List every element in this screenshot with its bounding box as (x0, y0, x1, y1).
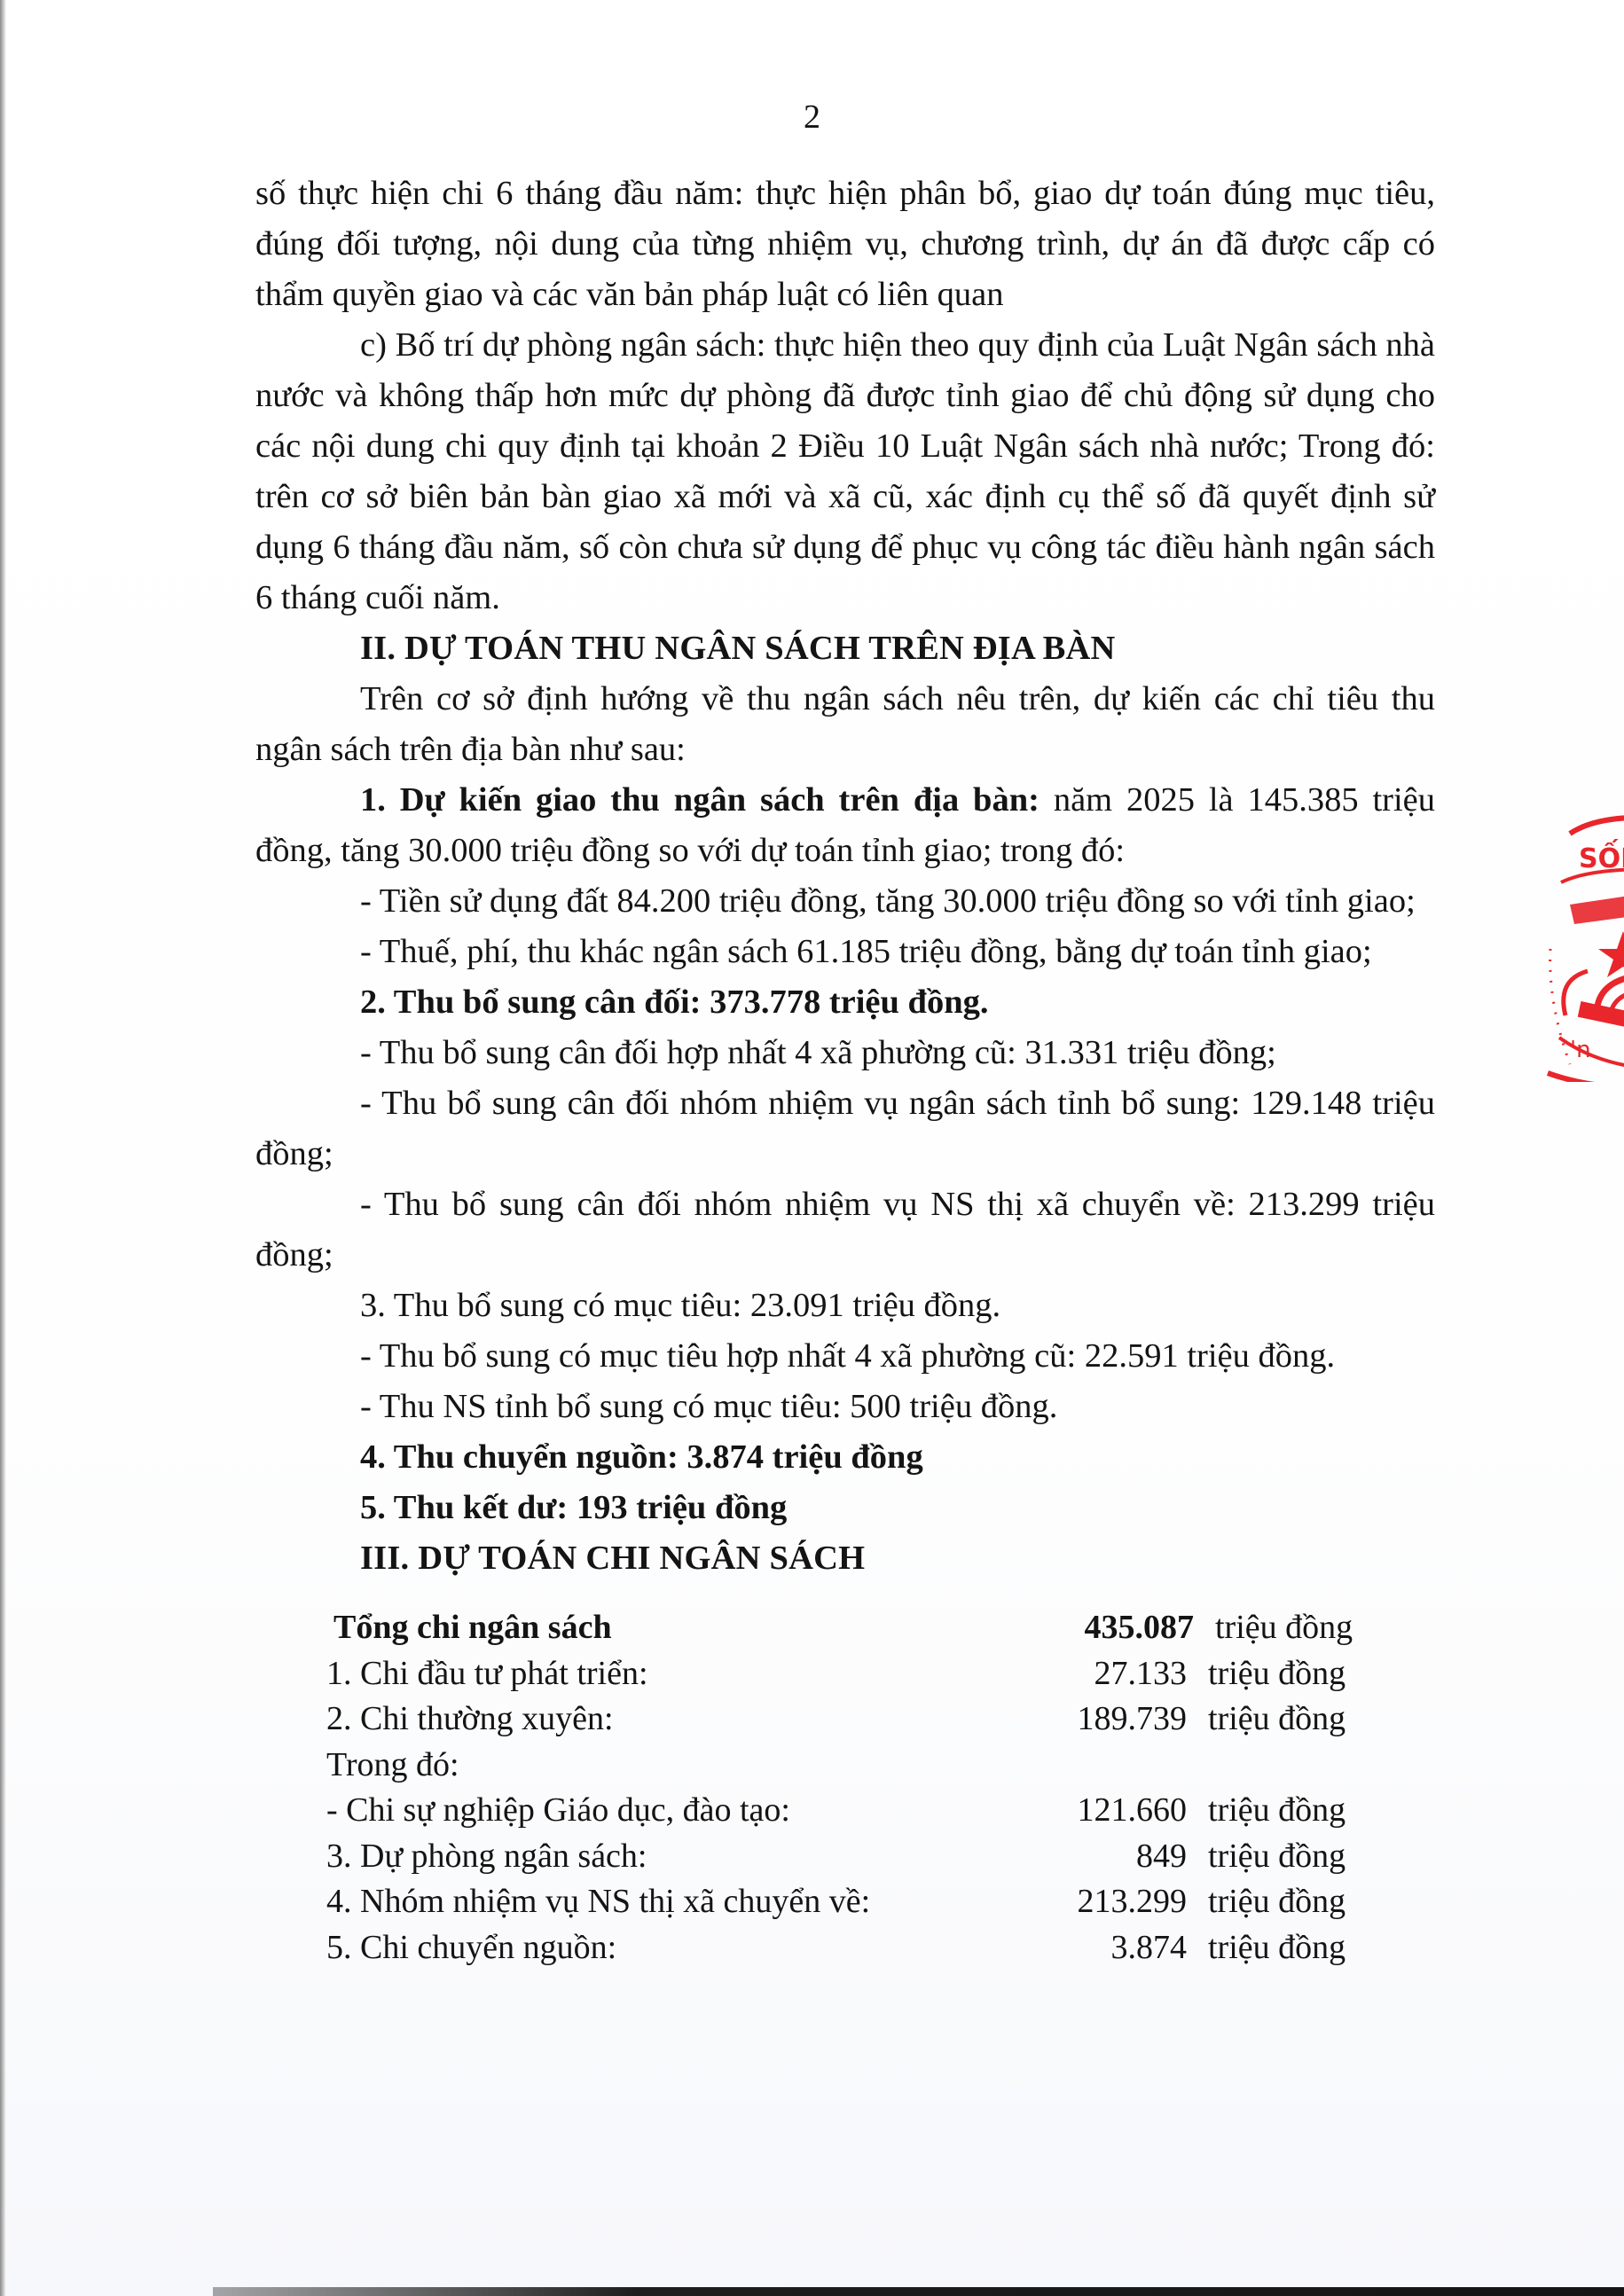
revenue-item-1-label: 1. Dự kiến giao thu ngân sách trên địa b… (360, 781, 1040, 819)
spending-value: 3.874 (1000, 1925, 1187, 1971)
spending-row: 4. Nhóm nhiệm vụ NS thị xã chuyển về: 21… (326, 1879, 1373, 1925)
spending-row: - Chi sự nghiệp Giáo dục, đào tạo: 121.6… (326, 1788, 1373, 1834)
document-page: 2 số thực hiện chi 6 tháng đầu năm: thực… (0, 0, 1624, 2296)
scan-bottom-edge (213, 2287, 1624, 2296)
spending-row: 1. Chi đầu tư phát triển: 27.133 triệu đ… (326, 1651, 1373, 1697)
spending-table: Tổng chi ngân sách 435.087 triệu đồng 1.… (326, 1605, 1373, 1971)
svg-text:'n: 'n (1570, 1037, 1591, 1063)
spending-unit: triệu đồng (1187, 1697, 1368, 1743)
spending-label: 4. Nhóm nhiệm vụ NS thị xã chuyển về: (326, 1879, 1000, 1925)
spending-row: 3. Dự phòng ngân sách: 849 triệu đồng (326, 1834, 1373, 1880)
spending-row: 5. Chi chuyển nguồn: 3.874 triệu đồng (326, 1925, 1373, 1971)
spending-label: 1. Chi đầu tư phát triển: (326, 1651, 1000, 1697)
svg-text:SỐN: SỐN (1579, 838, 1624, 874)
scan-left-edge (0, 0, 6, 2296)
spending-label: 5. Chi chuyển nguồn: (326, 1925, 1000, 1971)
spending-value: 27.133 (1000, 1651, 1187, 1697)
spending-unit: triệu đồng (1187, 1788, 1368, 1834)
revenue-item-2-bullet: - Thu bổ sung cân đối nhóm nhiệm vụ ngân… (255, 1078, 1435, 1179)
spending-row: Trong đó: (326, 1743, 1373, 1789)
document-body: số thực hiện chi 6 tháng đầu năm: thực h… (255, 168, 1435, 1584)
spending-row-total: Tổng chi ngân sách 435.087 triệu đồng (326, 1605, 1373, 1651)
spending-value: 121.660 (1000, 1788, 1187, 1834)
paragraph-budget-reserve: c) Bố trí dự phòng ngân sách: thực hiện … (255, 320, 1435, 623)
seal-emblem-icon: SỐN 'n (1543, 798, 1624, 1082)
spending-label: 3. Dự phòng ngân sách: (326, 1834, 1000, 1880)
spending-label: - Chi sự nghiệp Giáo dục, đào tạo: (326, 1788, 1000, 1834)
spending-unit: triệu đồng (1187, 1925, 1368, 1971)
spending-value: 213.299 (1000, 1879, 1187, 1925)
revenue-item-4: 4. Thu chuyển nguồn: 3.874 triệu đồng (255, 1432, 1435, 1483)
spending-unit: triệu đồng (1194, 1605, 1375, 1651)
spending-value: 189.739 (1000, 1697, 1187, 1743)
revenue-item-2: 2. Thu bổ sung cân đối: 373.778 triệu đồ… (255, 977, 1435, 1028)
spending-value: 849 (1000, 1834, 1187, 1880)
revenue-item-1: 1. Dự kiến giao thu ngân sách trên địa b… (255, 775, 1435, 876)
spending-label: 2. Chi thường xuyên: (326, 1697, 1000, 1743)
revenue-item-2-bullet: - Thu bổ sung cân đối nhóm nhiệm vụ NS t… (255, 1179, 1435, 1281)
spending-value: 435.087 (1008, 1605, 1194, 1651)
spending-label: Tổng chi ngân sách (326, 1605, 1008, 1651)
revenue-item-3: 3. Thu bổ sung có mục tiêu: 23.091 triệu… (255, 1281, 1435, 1331)
revenue-item-1-bullet: - Thuế, phí, thu khác ngân sách 61.185 t… (255, 927, 1435, 977)
revenue-item-1-bullet: - Tiền sử dụng đất 84.200 triệu đồng, tă… (255, 876, 1435, 927)
official-seal-stamp: SỐN 'n (1543, 798, 1624, 1082)
paragraph-continuation: số thực hiện chi 6 tháng đầu năm: thực h… (255, 168, 1435, 320)
spending-unit: triệu đồng (1187, 1651, 1368, 1697)
spending-label: Trong đó: (326, 1743, 1000, 1789)
revenue-item-3-bullet: - Thu bổ sung có mục tiêu hợp nhất 4 xã … (255, 1331, 1435, 1382)
section-2-intro: Trên cơ sở định hướng về thu ngân sách n… (255, 674, 1435, 775)
spending-row: 2. Chi thường xuyên: 189.739 triệu đồng (326, 1697, 1373, 1743)
revenue-item-2-bullet: - Thu bổ sung cân đối hợp nhất 4 xã phườ… (255, 1028, 1435, 1078)
section-2-heading: II. DỰ TOÁN THU NGÂN SÁCH TRÊN ĐỊA BÀN (255, 623, 1435, 674)
spending-unit: triệu đồng (1187, 1834, 1368, 1880)
revenue-item-3-bullet: - Thu NS tỉnh bổ sung có mục tiêu: 500 t… (255, 1382, 1435, 1432)
page-number: 2 (0, 98, 1624, 137)
spending-unit: triệu đồng (1187, 1879, 1368, 1925)
revenue-item-5: 5. Thu kết dư: 193 triệu đồng (255, 1483, 1435, 1533)
section-3-heading: III. DỰ TOÁN CHI NGÂN SÁCH (255, 1533, 1435, 1584)
